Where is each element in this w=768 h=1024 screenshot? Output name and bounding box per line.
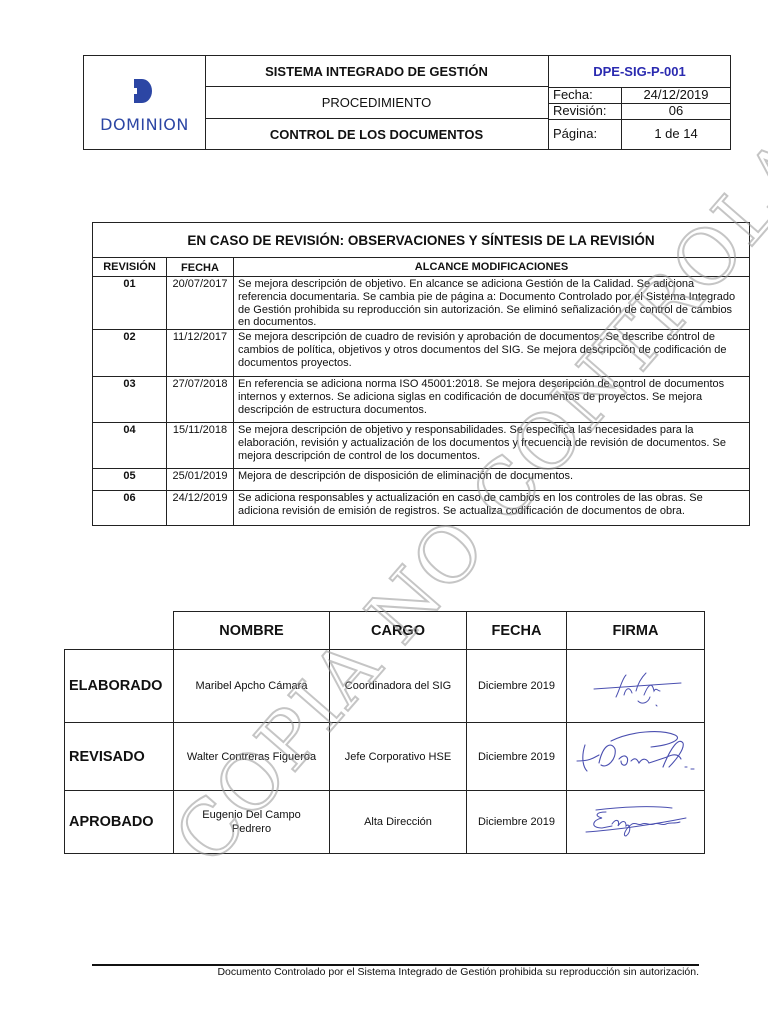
approver-name: Maribel Apcho Cámara — [174, 650, 329, 722]
pagina-label: Página: — [549, 119, 622, 149]
approval-date: Diciembre 2019 — [467, 791, 566, 853]
footer-text: Documento Controlado por el Sistema Inte… — [92, 966, 699, 978]
revision-number: 01 — [93, 277, 167, 330]
revision-table-title: EN CASO DE REVISIÓN: OBSERVACIONES Y SÍN… — [93, 223, 749, 258]
revision-date: 20/07/2017 — [167, 277, 234, 330]
revision-date: 24/12/2019 — [167, 491, 234, 525]
signature-icon — [567, 650, 704, 722]
revision-number: 04 — [93, 423, 167, 469]
revision-number: 05 — [93, 469, 167, 491]
fecha-row: Fecha: 24/12/2019 — [549, 87, 730, 104]
revision-number: 02 — [93, 330, 167, 377]
column-header-fecha: FECHA — [467, 612, 566, 649]
approver-role: Alta Dirección — [330, 791, 466, 853]
column-header-nombre: NOMBRE — [174, 612, 329, 649]
pagina-value: 1 de 14 — [622, 119, 730, 149]
revision-date: 25/01/2019 — [167, 469, 234, 491]
table-row: 03 27/07/2018 En referencia se adiciona … — [93, 377, 749, 423]
fecha-label: Fecha: — [549, 87, 622, 103]
column-header-alcance: ALCANCE MODIFICACIONES — [234, 258, 750, 277]
approval-date: Diciembre 2019 — [467, 650, 566, 722]
approver-role: Coordinadora del SIG — [330, 650, 466, 722]
fecha-value: 24/12/2019 — [622, 87, 730, 103]
company-logo: DOMINION — [84, 56, 206, 149]
approver-name: Eugenio Del Campo Pedrero — [174, 791, 329, 853]
revision-scope: En referencia se adiciona norma ISO 4500… — [234, 377, 750, 423]
column-header-fecha: FECHA — [167, 258, 234, 277]
revision-scope: Se mejora descripción de objetivo. En al… — [234, 277, 750, 330]
table-row: 05 25/01/2019 Mejora de descripción de d… — [93, 469, 749, 491]
table-row: 04 15/11/2018 Se mejora descripción de o… — [93, 423, 749, 469]
revision-date: 27/07/2018 — [167, 377, 234, 423]
revision-date: 11/12/2017 — [167, 330, 234, 377]
revision-number: 03 — [93, 377, 167, 423]
table-row: 06 24/12/2019 Se adiciona responsables y… — [93, 491, 749, 525]
revision-scope: Se mejora descripción de cuadro de revis… — [234, 330, 750, 377]
company-name: DOMINION — [84, 115, 205, 134]
approver-name: Walter Contreras Figueroa — [174, 723, 329, 790]
column-header-firma: FIRMA — [567, 612, 704, 649]
signature-icon — [567, 791, 704, 853]
dominion-d-logo-icon — [134, 79, 152, 103]
signature-icon — [567, 723, 704, 790]
revision-scope: Se mejora descripción de objetivo y resp… — [234, 423, 750, 469]
document-type: PROCEDIMIENTO — [205, 87, 549, 119]
row-label-aprobado: APROBADO — [65, 791, 173, 853]
row-label-revisado: REVISADO — [65, 723, 173, 790]
row-label-elaborado: ELABORADO — [65, 650, 173, 722]
revision-row: Revisión: 06 — [549, 103, 730, 120]
revision-scope: Mejora de descripción de disposición de … — [234, 469, 750, 491]
table-row: 02 11/12/2017 Se mejora descripción de c… — [93, 330, 749, 377]
revision-number: 06 — [93, 491, 167, 525]
table-row: 01 20/07/2017 Se mejora descripción de o… — [93, 277, 749, 330]
column-header-cargo: CARGO — [330, 612, 466, 649]
approval-date: Diciembre 2019 — [467, 723, 566, 790]
pagina-row: Página: 1 de 14 — [549, 119, 730, 149]
column-header-revision: REVISIÓN — [93, 258, 167, 277]
document-title: CONTROL DE LOS DOCUMENTOS — [205, 119, 549, 149]
revision-history-table: EN CASO DE REVISIÓN: OBSERVACIONES Y SÍN… — [92, 222, 750, 526]
revision-date: 15/11/2018 — [167, 423, 234, 469]
approver-role: Jefe Corporativo HSE — [330, 723, 466, 790]
revision-scope: Se adiciona responsables y actualización… — [234, 491, 750, 525]
approval-table: NOMBRE CARGO FECHA FIRMA ELABORADO Marib… — [64, 611, 705, 854]
document-code: DPE-SIG-P-001 — [549, 56, 730, 88]
system-title: SISTEMA INTEGRADO DE GESTIÓN — [205, 56, 549, 87]
revision-value: 06 — [622, 103, 730, 119]
revision-label: Revisión: — [549, 103, 622, 119]
document-header: DOMINION SISTEMA INTEGRADO DE GESTIÓN PR… — [83, 55, 731, 150]
